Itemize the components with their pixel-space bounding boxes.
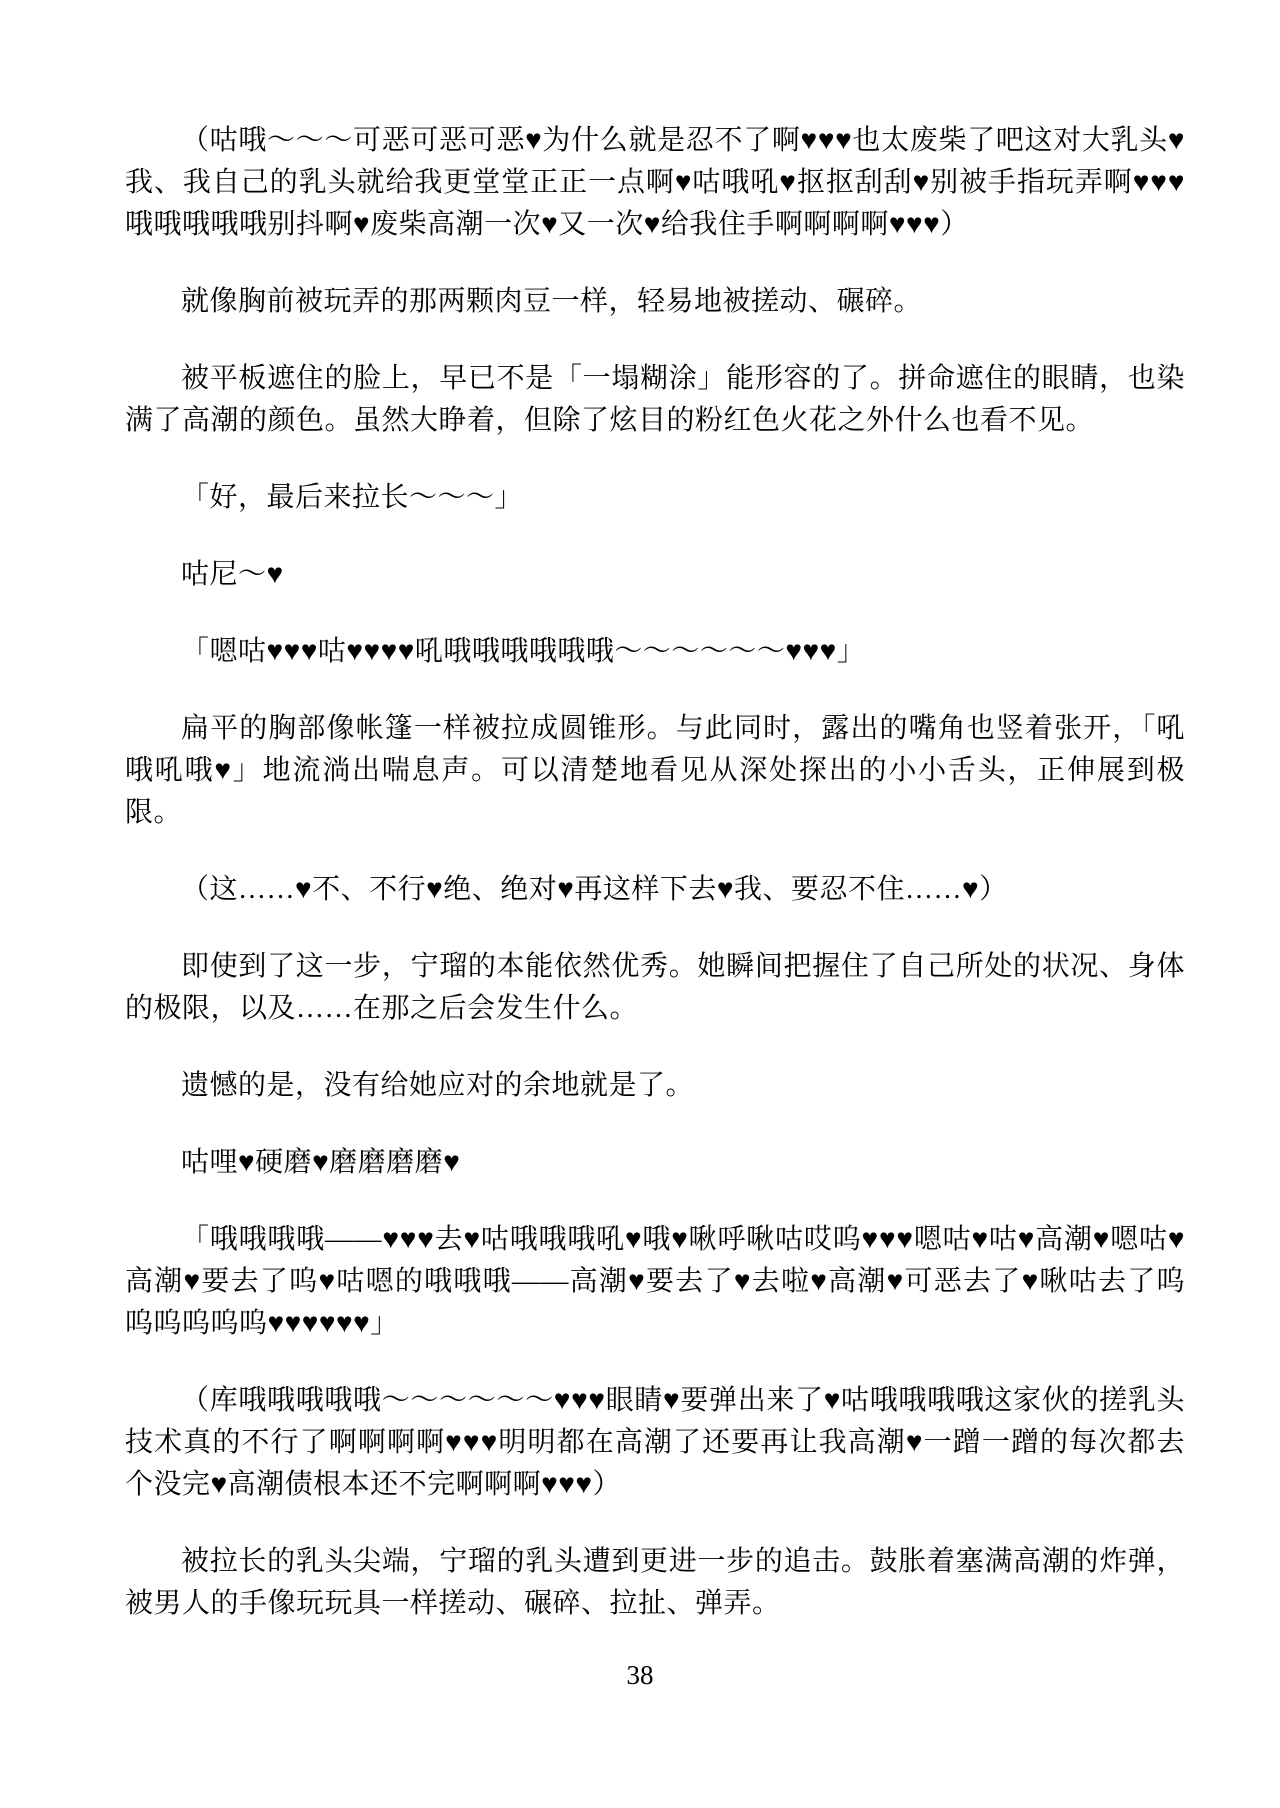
paragraph: 遗憾的是，没有给她应对的余地就是了。: [125, 1065, 1185, 1107]
paragraph: 就像胸前被玩弄的那两颗肉豆一样，轻易地被搓动、碾碎。: [125, 281, 1185, 323]
paragraph: （库哦哦哦哦哦～～～～～～♥♥♥眼睛♥要弹出来了♥咕哦哦哦哦这家伙的搓乳头技术真…: [125, 1380, 1185, 1506]
paragraph: 咕尼～♥: [125, 554, 1185, 596]
page-number: 38: [0, 1658, 1280, 1692]
paragraph: 即使到了这一步，宁瑠的本能依然优秀。她瞬间把握住了自己所处的状况、身体的极限，以…: [125, 946, 1185, 1030]
text-content: （咕哦～～～可恶可恶可恶♥为什么就是忍不了啊♥♥♥也太废柴了吧这对大乳头♥我、我…: [125, 120, 1185, 1660]
paragraph: 被拉长的乳头尖端，宁瑠的乳头遭到更进一步的追击。鼓胀着塞满高潮的炸弹，被男人的手…: [125, 1541, 1185, 1625]
paragraph: 「嗯咕♥♥♥咕♥♥♥♥吼哦哦哦哦哦哦～～～～～～♥♥♥」: [125, 631, 1185, 673]
paragraph: （这……♥不、不行♥绝、绝对♥再这样下去♥我、要忍不住……♥）: [125, 869, 1185, 911]
paragraph: 「哦哦哦哦——♥♥♥去♥咕哦哦哦吼♥哦♥啾呼啾咕哎呜♥♥♥嗯咕♥咕♥高潮♥嗯咕♥…: [125, 1219, 1185, 1345]
paragraph: 「好，最后来拉长～～～」: [125, 477, 1185, 519]
paragraph: （咕哦～～～可恶可恶可恶♥为什么就是忍不了啊♥♥♥也太废柴了吧这对大乳头♥我、我…: [125, 120, 1185, 246]
paragraph: 扁平的胸部像帐篷一样被拉成圆锥形。与此同时，露出的嘴角也竖着张开，「吼哦吼哦♥」…: [125, 708, 1185, 834]
document-page: （咕哦～～～可恶可恶可恶♥为什么就是忍不了啊♥♥♥也太废柴了吧这对大乳头♥我、我…: [0, 0, 1280, 1808]
paragraph: 被平板遮住的脸上，早已不是「一塌糊涂」能形容的了。拼命遮住的眼睛，也染满了高潮的…: [125, 358, 1185, 442]
paragraph: 咕哩♥硬磨♥磨磨磨磨♥: [125, 1142, 1185, 1184]
